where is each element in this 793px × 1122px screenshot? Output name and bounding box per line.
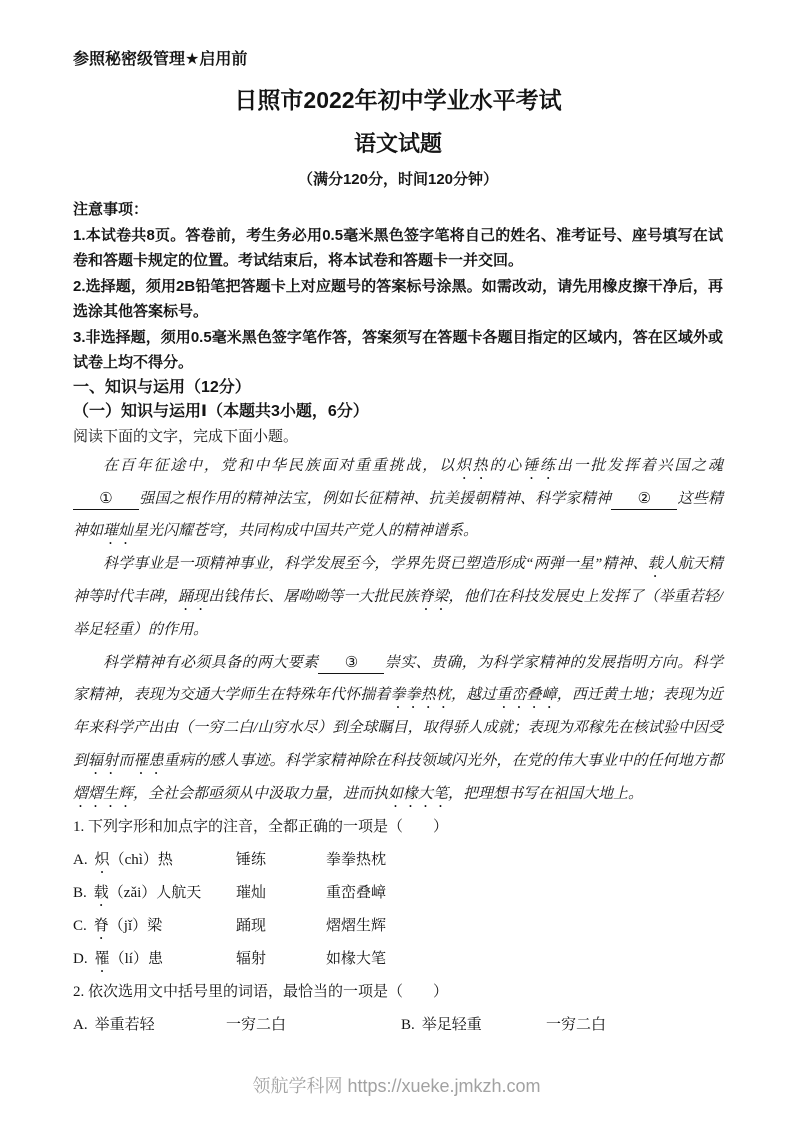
emphasized-char: 炽 xyxy=(95,852,110,868)
passage-text: ，越过 xyxy=(451,687,496,703)
emphasized-text: 拳拳热枕 xyxy=(390,687,450,703)
option-word-3: 如椽大笔 xyxy=(326,943,723,976)
emphasized-text: 熠熠生辉 xyxy=(73,786,133,802)
blank-3: ③ xyxy=(318,653,384,674)
passage-text: 科学事业是一项精神事业，科学发展至今，学界先贤已塑造形成“两弹一星”精神、 xyxy=(103,556,648,572)
q1-option-b: B.载（zǎi）人航天 璀灿 重峦叠嶂 xyxy=(73,877,723,910)
passage-paragraph-1: 在百年征途中，党和中华民族面对重重挑战，以炽热的心锤练出一批发挥着兴国之魂①强国… xyxy=(73,450,723,549)
passage-intro: 阅读下面的文字，完成下面小题。 xyxy=(73,425,723,450)
passage-text: 科学精神有必须具备的两大要素 xyxy=(103,655,318,671)
question-1-options: A.炽（chì）热 锤练 拳拳热枕 B.载（zǎi）人航天 璀灿 重峦叠嶂 C.… xyxy=(73,844,723,976)
question-2-stem: 2. 依次选用文中括号里的词语，最恰当的一项是（ ） xyxy=(73,976,723,1009)
option-word-2: 璀灿 xyxy=(236,877,326,910)
passage-text: 的心 xyxy=(489,458,523,474)
option-head: D.罹（lí）患 xyxy=(73,943,236,976)
q2-option-b: B.举足轻重 xyxy=(401,1009,546,1042)
reading-passage: 在百年征途中，党和中华民族面对重重挑战，以炽热的心锤练出一批发挥着兴国之魂①强国… xyxy=(73,450,723,811)
blank-1: ① xyxy=(73,489,139,510)
emphasized-char: 罹 xyxy=(95,951,110,967)
emphasized-text: 炽热 xyxy=(456,458,490,474)
notice-heading: 注意事项： xyxy=(73,197,723,223)
passage-paragraph-2: 科学事业是一项精神事业，科学发展至今，学界先贤已塑造形成“两弹一星”精神、载人航… xyxy=(73,548,723,647)
passage-text: 重病的感人事迹。科学家精神除在科技领域闪光外，在党的伟大事业中的任何地方都 xyxy=(164,753,723,769)
watermark: 领航学科网 https://xueke.jmkzh.com xyxy=(0,1072,793,1098)
q1-option-a: A.炽（chì）热 锤练 拳拳热枕 xyxy=(73,844,723,877)
exam-title: 日照市2022年初中学业水平考试 xyxy=(73,85,723,115)
option-label: A. xyxy=(73,1017,88,1033)
passage-text: ，全社会都亟须从中汲取力量，进而执 xyxy=(133,786,388,802)
option-head-rest: （zǎi）人航天 xyxy=(109,885,201,901)
q1-option-d: D.罹（lí）患 辐射 如椽大笔 xyxy=(73,943,723,976)
question-1-stem: 1. 下列字形和加点字的注音，全都正确的一项是（ ） xyxy=(73,811,723,844)
emphasized-text: 踊现 xyxy=(178,589,208,605)
option-head: C.脊（jǐ）梁 xyxy=(73,910,236,943)
q2-option-b-word2: 一穷二白 xyxy=(546,1009,723,1042)
passage-text: 在百年征途中，党和中华民族面对重重挑战，以 xyxy=(103,458,456,474)
emphasized-text: 罹患 xyxy=(134,753,164,769)
score-time-line: （满分120分，时间120分钟） xyxy=(73,169,723,191)
blank-2: ② xyxy=(611,489,677,510)
passage-text: 出钱伟长、屠呦呦等一大批民族 xyxy=(208,589,418,605)
option-label: A. xyxy=(73,852,88,868)
passage-text: 星光闪耀苍穹，共同构成中国共产党人的精神谱系。 xyxy=(133,523,478,539)
option-word: 举重若轻 xyxy=(95,1017,155,1033)
emphasized-text: 辐射 xyxy=(88,753,118,769)
section-heading-2: （一）知识与运用Ⅰ（本题共3小题，6分） xyxy=(73,400,723,425)
option-head: A.炽（chì）热 xyxy=(73,844,236,877)
section-heading-1: 一、知识与运用（12分） xyxy=(73,376,723,401)
classification-label: 参照秘密级管理★启用前 xyxy=(73,50,723,70)
emphasized-text: 载 xyxy=(648,556,663,572)
option-word-3: 熠熠生辉 xyxy=(326,910,723,943)
option-word-2: 踊现 xyxy=(236,910,326,943)
q1-option-c: C.脊（jǐ）梁 踊现 熠熠生辉 xyxy=(73,910,723,943)
notice-item-2: 2.选择题，须用2B铅笔把答题卡上对应题号的答案标号涂黑。如需改动，请先用橡皮擦… xyxy=(73,274,723,325)
emphasized-text: 璀灿 xyxy=(103,523,133,539)
option-word: 举足轻重 xyxy=(422,1017,482,1033)
notice-item-3: 3.非选择题，须用0.5毫米黑色签字笔作答，答案须写在答题卡各题目指定的区域内，… xyxy=(73,325,723,376)
emphasized-char: 载 xyxy=(94,885,109,901)
option-word-3: 拳拳热枕 xyxy=(326,844,723,877)
q2-option-a: A.举重若轻 xyxy=(73,1009,226,1042)
passage-text: ，把理想书写在祖国大地上。 xyxy=(448,786,643,802)
passage-paragraph-3: 科学精神有必须具备的两大要素③崇实、贵确，为科学家精神的发展指明方向。科学家精神… xyxy=(73,647,723,811)
option-label: D. xyxy=(73,951,88,967)
option-label: B. xyxy=(401,1017,415,1033)
option-head-rest: （lí）患 xyxy=(110,951,163,967)
notice-section: 注意事项： 1.本试卷共8页。答卷前，考生务必用0.5毫米黑色签字笔将自己的姓名… xyxy=(73,197,723,376)
option-label: B. xyxy=(73,885,87,901)
option-word-2: 辐射 xyxy=(236,943,326,976)
option-head: B.载（zǎi）人航天 xyxy=(73,877,236,910)
emphasized-text: 锤练 xyxy=(523,458,557,474)
option-word-3: 重峦叠嶂 xyxy=(326,877,723,910)
notice-item-1: 1.本试卷共8页。答卷前，考生务必用0.5毫米黑色签字笔将自己的姓名、准考证号、… xyxy=(73,223,723,274)
exam-paper-page: 参照秘密级管理★启用前 日照市2022年初中学业水平考试 语文试题 （满分120… xyxy=(0,0,793,1042)
emphasized-text: 如椽大笔 xyxy=(388,786,448,802)
option-head-rest: （chì）热 xyxy=(110,852,173,868)
option-word-2: 锤练 xyxy=(236,844,326,877)
question-2-options: A.举重若轻 一穷二白 B.举足轻重 一穷二白 xyxy=(73,1009,723,1042)
option-label: C. xyxy=(73,918,87,934)
option-head-rest: （jǐ）梁 xyxy=(109,918,162,934)
emphasized-text: 重峦叠嶂 xyxy=(496,687,556,703)
passage-text: 强国之根作用的精神法宝，例如长征精神、抗美援朝精神、科学家精神 xyxy=(139,491,611,507)
passage-text: 而 xyxy=(118,753,133,769)
emphasized-char: 脊 xyxy=(94,918,109,934)
emphasized-text: 脊梁 xyxy=(418,589,448,605)
passage-text: 出一批发挥着兴国之魂 xyxy=(557,458,723,474)
q2-option-a-word2: 一穷二白 xyxy=(226,1009,401,1042)
subject-title: 语文试题 xyxy=(73,129,723,159)
